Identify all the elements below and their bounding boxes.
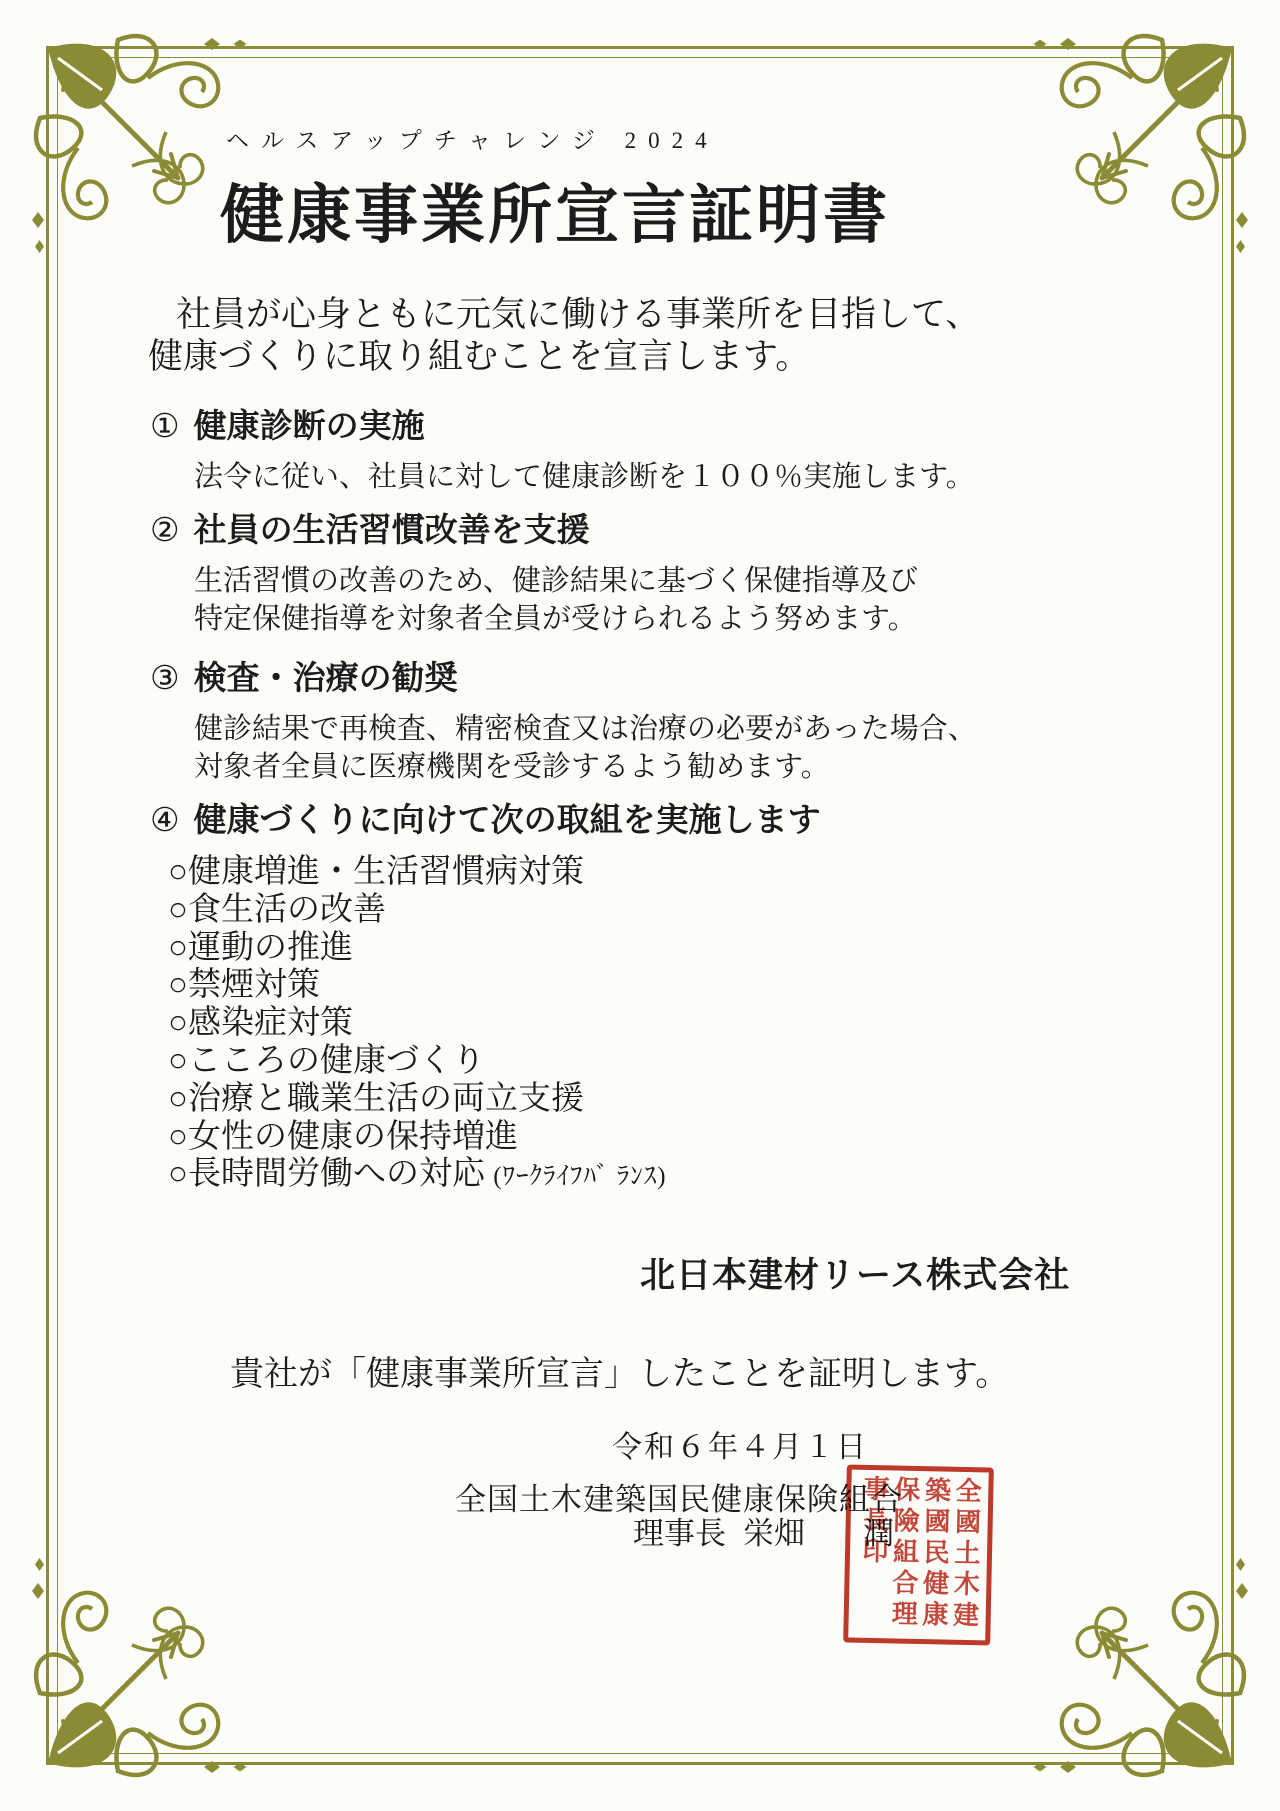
circle-marker-icon: ○: [168, 967, 188, 1003]
item-1-number: ①: [150, 404, 180, 450]
item-3-body-line-1: 健診結果で再検査、精密検査又は治療の必要があった場合、: [194, 710, 1050, 748]
circle-marker-icon: ○: [168, 1081, 188, 1117]
intro-line-1: 社員が心身ともに元気に働ける事業所を目指して、: [148, 294, 988, 336]
official-red-seal: 全國土木建築國民健康保險組合理事長印: [843, 1464, 994, 1645]
work-life-balance-note: (ﾜｰｸﾗｲﾌﾊﾞ ﾗﾝｽ): [493, 1163, 666, 1190]
declaration-item-3: ③ 検査・治療の勧奨 健診結果で再検査、精密検査又は治療の必要があった場合、 対…: [150, 656, 1050, 786]
program-name: ヘルスアップチャレンジ 2024: [226, 122, 719, 155]
certificate-page: ヘルスアップチャレンジ 2024 健康事業所宣言証明書 社員が心身ともに元気に働…: [0, 0, 1280, 1811]
item-4-number: ④: [150, 798, 180, 844]
certificate-title: 健康事業所宣言証明書: [220, 164, 890, 256]
circle-marker-icon: ○: [168, 1156, 188, 1192]
signer-title: 理事長: [633, 1516, 726, 1551]
list-item: ○女性の健康の保持増進: [168, 1119, 667, 1157]
list-item: ○感染症対策: [168, 1005, 667, 1043]
item-4-heading: 健康づくりに向けて次の取組を実施します: [194, 798, 821, 844]
item-1-heading: 健康診断の実施: [194, 404, 425, 450]
item-3-number: ③: [150, 656, 180, 702]
list-item: ○健康増進・生活習慣病対策: [168, 854, 667, 892]
list-item: ○長時間労働への対応 (ﾜｰｸﾗｲﾌﾊﾞ ﾗﾝｽ): [168, 1156, 667, 1196]
corner-ornament-bottom-right-icon: [1014, 1545, 1264, 1795]
item-2-number: ②: [150, 508, 180, 554]
circle-marker-icon: ○: [168, 1043, 188, 1079]
circle-marker-icon: ○: [168, 854, 188, 890]
seal-text: 全國土木建築國民健康保險組合理事長印: [856, 1475, 982, 1636]
declaration-item-2: ② 社員の生活習慣改善を支援 生活習慣の改善のため、健診結果に基づく保健指導及び…: [150, 508, 1050, 638]
item-3-heading: 検査・治療の勧奨: [194, 656, 458, 702]
certification-statement: 貴社が「健康事業所宣言」したことを証明します。: [230, 1346, 1009, 1395]
circle-marker-icon: ○: [168, 930, 188, 966]
item-1-body-line-1: 法令に従い、社員に対して健康診断を１００％実施します。: [194, 458, 1050, 496]
intro-line-2: 健康づくりに取り組むことを宣言します。: [148, 336, 988, 378]
circle-marker-icon: ○: [168, 1005, 188, 1041]
list-item: ○食生活の改善: [168, 892, 667, 930]
declaration-item-1: ① 健康診断の実施 法令に従い、社員に対して健康診断を１００％実施します。: [150, 404, 1050, 496]
list-item: ○運動の推進: [168, 930, 667, 968]
initiatives-list: ○健康増進・生活習慣病対策 ○食生活の改善 ○運動の推進 ○禁煙対策 ○感染症対…: [168, 854, 667, 1196]
company-name: 北日本建材リース株式会社: [640, 1248, 1070, 1298]
declaration-intro: 社員が心身ともに元気に働ける事業所を目指して、 健康づくりに取り組むことを宣言し…: [148, 294, 988, 378]
item-2-heading: 社員の生活習慣改善を支援: [194, 508, 590, 554]
list-item: ○こころの健康づくり: [168, 1043, 667, 1081]
declaration-item-4: ④ 健康づくりに向けて次の取組を実施します: [150, 798, 1050, 844]
item-3-body-line-2: 対象者全員に医療機関を受診するよう勧めます。: [194, 748, 1050, 786]
list-item: ○治療と職業生活の両立支援: [168, 1081, 667, 1119]
corner-ornament-top-right-icon: [1014, 16, 1264, 266]
signer-family-name: 栄畑: [743, 1516, 805, 1551]
item-2-body-line-2: 特定保健指導を対象者全員が受けられるよう努めます。: [194, 600, 1050, 638]
item-2-body-line-1: 生活習慣の改善のため、健診結果に基づく保健指導及び: [194, 562, 1050, 600]
circle-marker-icon: ○: [168, 892, 188, 928]
corner-ornament-bottom-left-icon: [16, 1545, 266, 1795]
list-item: ○禁煙対策: [168, 967, 667, 1005]
issue-date: 令和６年４月１日: [612, 1422, 868, 1466]
circle-marker-icon: ○: [168, 1119, 188, 1155]
